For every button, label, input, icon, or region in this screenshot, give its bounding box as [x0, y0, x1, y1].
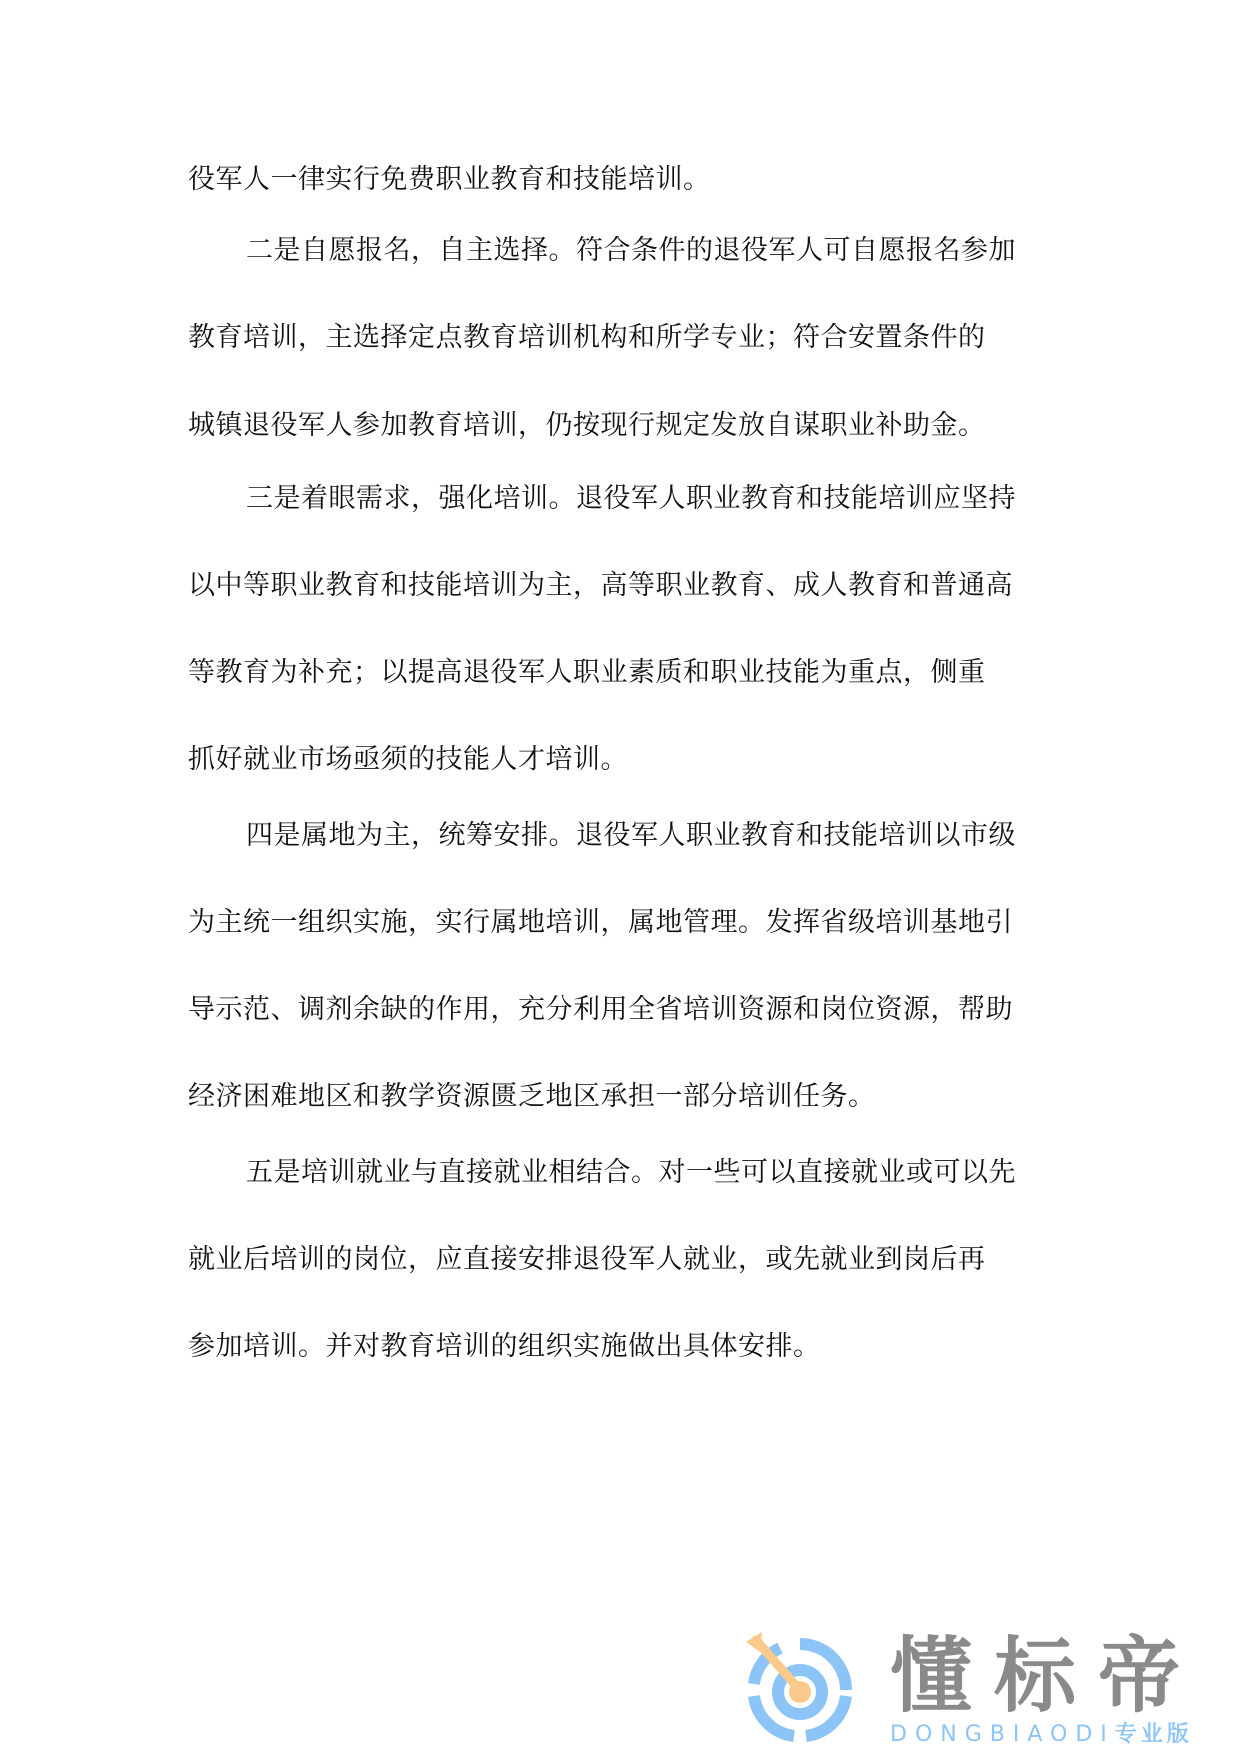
paragraph-line: 就业后培训的岗位，应直接安排退役军人就业，或先就业到岗后再 — [188, 1242, 986, 1278]
paragraph-line: 五是培训就业与直接就业相结合。对一些可以直接就业或可以先 — [246, 1155, 1016, 1191]
paragraph-line: 教育培训，主选择定点教育培训机构和所学专业；符合安置条件的 — [188, 320, 986, 356]
brand-name-en: DONGBIAODI专业版 — [890, 1722, 1193, 1748]
paragraph-line: 抓好就业市场亟须的技能人才培训。 — [188, 742, 628, 778]
paragraph-line: 经济困难地区和教学资源匮乏地区承担一部分培训任务。 — [188, 1079, 876, 1115]
paragraph-line: 三是着眼需求，强化培训。退役军人职业教育和技能培训应坚持 — [246, 481, 1016, 517]
paragraph-line: 以中等职业教育和技能培训为主，高等职业教育、成人教育和普通高 — [188, 568, 1013, 604]
paragraph-line: 导示范、调剂余缺的作用，充分利用全省培训资源和岗位资源，帮助 — [188, 992, 1013, 1028]
edition-label: 专业版 — [1115, 1722, 1193, 1747]
brand-name-latin: DONGBIAODI — [890, 1722, 1115, 1747]
paragraph-line: 二是自愿报名，自主选择。符合条件的退役军人可自愿报名参加 — [246, 233, 1016, 269]
paragraph-line: 城镇退役军人参加教育培训，仍按现行规定发放自谋职业补助金。 — [188, 408, 986, 444]
paragraph-line: 为主统一组织实施，实行属地培训，属地管理。发挥省级培训基地引 — [188, 905, 1013, 941]
paragraph-line: 役军人一律实行免费职业教育和技能培训。 — [188, 162, 711, 198]
brand-watermark: 懂标帝 DONGBIAODI专业版 — [740, 1630, 1220, 1750]
document-page: 役军人一律实行免费职业教育和技能培训。 二是自愿报名，自主选择。符合条件的退役军… — [0, 0, 1241, 1754]
paragraph-line: 参加培训。并对教育培训的组织实施做出具体安排。 — [188, 1329, 821, 1365]
target-arrow-icon — [740, 1630, 860, 1750]
paragraph-line: 等教育为补充；以提高退役军人职业素质和职业技能为重点，侧重 — [188, 655, 986, 691]
brand-name-cn: 懂标帝 — [890, 1632, 1202, 1722]
paragraph-line: 四是属地为主，统筹安排。退役军人职业教育和技能培训以市级 — [246, 818, 1016, 854]
